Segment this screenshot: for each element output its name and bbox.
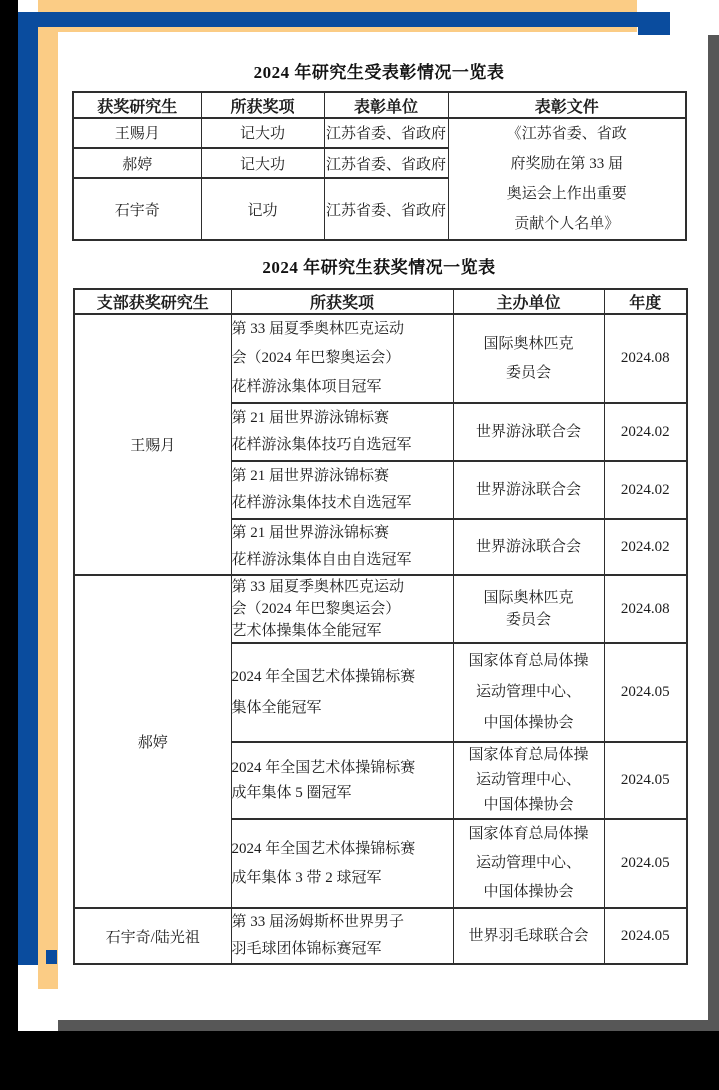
table-row: 郝婷 第 33 届夏季奥林匹克运动 会（2024 年巴黎奥运会） 艺术体操集体全… [74,575,687,643]
awards-table-title: 2024 年研究生获奖情况一览表 [72,253,686,278]
commending-unit-cell: 江苏省委、省政府 [324,178,448,240]
branch-awardee-cell: 郝婷 [74,575,231,908]
award-title-cell: 第 33 届夏季奥林匹克运动 会（2024 年巴黎奥运会） 花样游泳集体项目冠军 [231,314,453,403]
award-title-cell: 第 33 届夏季奥林匹克运动 会（2024 年巴黎奥运会） 艺术体操集体全能冠军 [231,575,453,643]
award-cell: 记功 [201,178,324,240]
awards-header-row: 支部获奖研究生 所获奖项 主办单位 年度 [74,289,687,314]
organizer-cell: 国家体育总局体操 运动管理中心、 中国体操协会 [453,643,604,742]
table-row: 石宇奇/陆光祖 第 33 届汤姆斯杯世界男子 羽毛球团体锦标赛冠军 世界羽毛球联… [74,908,687,964]
award-title-cell: 第 21 届世界游泳锦标赛 花样游泳集体技术自选冠军 [231,461,453,519]
organizer-cell: 国际奥林匹克 委员会 [453,314,604,403]
award-cell: 记大功 [201,118,324,148]
slide-canvas: 2024 年研究生受表彰情况一览表 获奖研究生 所获奖项 表彰单位 表彰文件 王… [0,0,719,1090]
awards-table: 支部获奖研究生 所获奖项 主办单位 年度 王赐月 第 33 届夏季奥林匹克运动 … [73,288,688,965]
awardee-name-cell: 王赐月 [73,118,201,148]
year-cell: 2024.02 [604,403,687,461]
year-cell: 2024.05 [604,819,687,908]
t2-header-award: 所获奖项 [231,289,453,314]
top-blue-bar [18,12,638,27]
award-title-cell: 第 21 届世界游泳锦标赛 花样游泳集体自由自选冠军 [231,519,453,575]
commendation-document-cell: 《江苏省委、省政 府奖励在第 33 届 奥运会上作出重要 贡献个人名单》 [448,118,686,240]
t2-header-organizer: 主办单位 [453,289,604,314]
organizer-cell: 国际奥林匹克 委员会 [453,575,604,643]
left-blue-stripe [18,12,38,965]
award-title-cell: 2024 年全国艺术体操锦标赛 成年集体 5 圈冠军 [231,742,453,819]
year-cell: 2024.02 [604,519,687,575]
organizer-cell: 世界游泳联合会 [453,519,604,575]
commendation-table: 获奖研究生 所获奖项 表彰单位 表彰文件 王赐月 记大功 江苏省委、省政府 《江… [72,91,687,241]
t2-header-branch-awardee: 支部获奖研究生 [74,289,231,314]
organizer-cell: 世界游泳联合会 [453,403,604,461]
left-blue-bottom-cap [46,950,57,964]
awardee-name-cell: 石宇奇 [73,178,201,240]
year-cell: 2024.08 [604,314,687,403]
bottom-shadow-bar [58,1020,719,1031]
right-shadow-bar [708,35,719,1031]
year-cell: 2024.02 [604,461,687,519]
organizer-cell: 世界羽毛球联合会 [453,908,604,964]
year-cell: 2024.05 [604,908,687,964]
t1-header-unit: 表彰单位 [324,92,448,118]
award-title-cell: 2024 年全国艺术体操锦标赛 成年集体 3 带 2 球冠军 [231,819,453,908]
organizer-cell: 国家体育总局体操 运动管理中心、 中国体操协会 [453,742,604,819]
year-cell: 2024.05 [604,643,687,742]
award-title-cell: 2024 年全国艺术体操锦标赛 集体全能冠军 [231,643,453,742]
commending-unit-cell: 江苏省委、省政府 [324,148,448,179]
organizer-cell: 国家体育总局体操 运动管理中心、 中国体操协会 [453,819,604,908]
t2-header-year: 年度 [604,289,687,314]
t1-header-document: 表彰文件 [448,92,686,118]
award-title-cell: 第 21 届世界游泳锦标赛 花样游泳集体技巧自选冠军 [231,403,453,461]
year-cell: 2024.05 [604,742,687,819]
top-blue-bar-endcap [638,12,670,35]
left-yellow-stripe [38,0,58,989]
year-cell: 2024.08 [604,575,687,643]
awardee-name-cell: 郝婷 [73,148,201,179]
award-title-cell: 第 33 届汤姆斯杯世界男子 羽毛球团体锦标赛冠军 [231,908,453,964]
commendation-table-title: 2024 年研究生受表彰情况一览表 [72,58,686,83]
branch-awardee-cell: 王赐月 [74,314,231,575]
table-row: 王赐月 第 33 届夏季奥林匹克运动 会（2024 年巴黎奥运会） 花样游泳集体… [74,314,687,403]
t1-header-awardee: 获奖研究生 [73,92,201,118]
table-row: 王赐月 记大功 江苏省委、省政府 《江苏省委、省政 府奖励在第 33 届 奥运会… [73,118,686,148]
t1-header-award: 所获奖项 [201,92,324,118]
commendation-header-row: 获奖研究生 所获奖项 表彰单位 表彰文件 [73,92,686,118]
branch-awardee-cell: 石宇奇/陆光祖 [74,908,231,964]
award-cell: 记大功 [201,148,324,179]
commending-unit-cell: 江苏省委、省政府 [324,118,448,148]
organizer-cell: 世界游泳联合会 [453,461,604,519]
